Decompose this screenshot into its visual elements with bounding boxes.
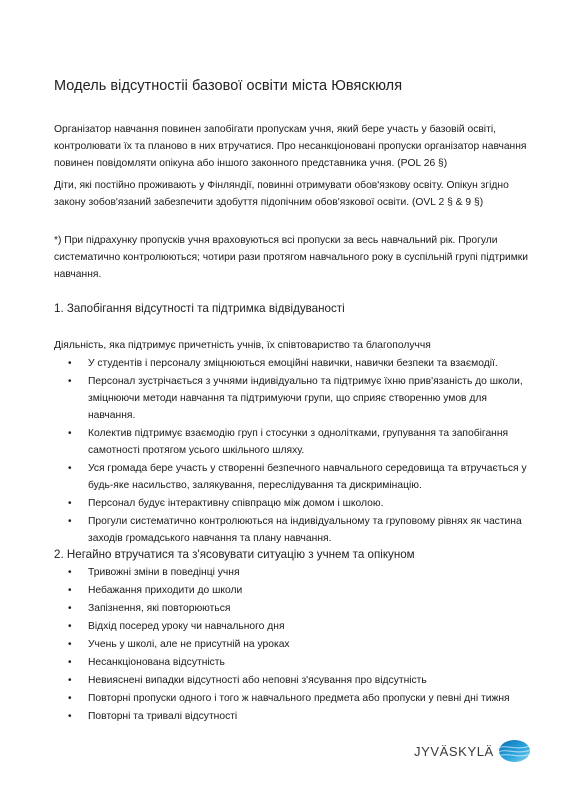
bullet-icon: •: [68, 495, 72, 512]
bullet-icon: •: [68, 425, 72, 442]
section-1-heading: 1. Запобігання відсутності та підтримка …: [54, 302, 345, 315]
intro-paragraph-3: *) При підрахунку пропусків учня врахову…: [54, 232, 534, 283]
list-item: •Прогули систематично контролюються на і…: [54, 513, 534, 547]
list-item: •Учень у школі, але не присутній на урок…: [54, 636, 534, 653]
list-item-text: Невияснені випадки відсутності або непов…: [88, 675, 427, 686]
list-item: •Тривожні зміни в поведінці учня: [54, 564, 534, 581]
bullet-icon: •: [68, 672, 72, 689]
list-item: •Повторні пропуски одного і того ж навча…: [54, 690, 534, 707]
list-item: •Несанкціонована відсутність: [54, 654, 534, 671]
bullet-icon: •: [68, 690, 72, 707]
bullet-icon: •: [68, 582, 72, 599]
bullet-icon: •: [68, 600, 72, 617]
bullet-icon: •: [68, 564, 72, 581]
list-item: •Невияснені випадки відсутності або непо…: [54, 672, 534, 689]
document-page: Модель відсутностіі базової освіти міста…: [0, 0, 565, 800]
list-item-text: Повторні пропуски одного і того ж навчал…: [88, 693, 510, 704]
section-2-list: •Тривожні зміни в поведінці учня •Небажа…: [54, 564, 534, 726]
section-1-list: •У студентів і персоналу зміцнюються емо…: [54, 355, 534, 548]
list-item-text: Повторні та тривалі відсутності: [88, 711, 237, 722]
list-item: •Персонал будує інтерактивну співпрацю м…: [54, 495, 534, 512]
logo-text: JYVÄSKYLÄ: [414, 744, 494, 759]
list-item: •Уся громада бере участь у створенні без…: [54, 460, 534, 494]
list-item: •Запізнення, які повторюються: [54, 600, 534, 617]
section-2-heading: 2. Негайно втручатися та з'ясовувати сит…: [54, 548, 415, 561]
list-item-text: Несанкціонована відсутність: [88, 657, 225, 668]
list-item-text: Учень у школі, але не присутній на урока…: [88, 639, 290, 650]
bullet-icon: •: [68, 355, 72, 372]
section-1-lead: Діяльність, яка підтримує причетність уч…: [54, 340, 431, 351]
bullet-icon: •: [68, 513, 72, 530]
jyvaskyla-logo: JYVÄSKYLÄ: [414, 739, 531, 763]
bullet-icon: •: [68, 618, 72, 635]
list-item: •Персонал зустрічається з учнями індивід…: [54, 373, 534, 424]
list-item-text: Персонал зустрічається з учнями індивіду…: [88, 376, 523, 421]
list-item: •Небажання приходити до школи: [54, 582, 534, 599]
list-item-text: Уся громада бере участь у створенні безп…: [88, 463, 527, 491]
list-item: •Колектив підтримує взаємодію груп і сто…: [54, 425, 534, 459]
list-item-text: Персонал будує інтерактивну співпрацю мі…: [88, 498, 383, 509]
list-item-text: Відхід посеред уроку чи навчального дня: [88, 621, 285, 632]
intro-paragraph-2: Діти, які постійно проживають у Фінлянді…: [54, 177, 534, 211]
list-item: •Повторні та тривалі відсутності: [54, 708, 534, 725]
list-item-text: Тривожні зміни в поведінці учня: [88, 567, 240, 578]
bullet-icon: •: [68, 654, 72, 671]
list-item: •Відхід посеред уроку чи навчального дня: [54, 618, 534, 635]
jyvaskyla-wave-logo-icon: [498, 739, 531, 763]
list-item-text: У студентів і персоналу зміцнюються емоц…: [88, 358, 498, 369]
list-item-text: Колектив підтримує взаємодію груп і стос…: [88, 428, 508, 456]
list-item-text: Запізнення, які повторюються: [88, 603, 230, 614]
bullet-icon: •: [68, 460, 72, 477]
bullet-icon: •: [68, 373, 72, 390]
list-item-text: Прогули систематично контролюються на ін…: [88, 516, 522, 544]
document-title: Модель відсутностіі базової освіти міста…: [54, 78, 402, 94]
list-item: •У студентів і персоналу зміцнюються емо…: [54, 355, 534, 372]
bullet-icon: •: [68, 636, 72, 653]
list-item-text: Небажання приходити до школи: [88, 585, 242, 596]
bullet-icon: •: [68, 708, 72, 725]
intro-paragraph-1: Організатор навчання повинен запобігати …: [54, 121, 534, 172]
